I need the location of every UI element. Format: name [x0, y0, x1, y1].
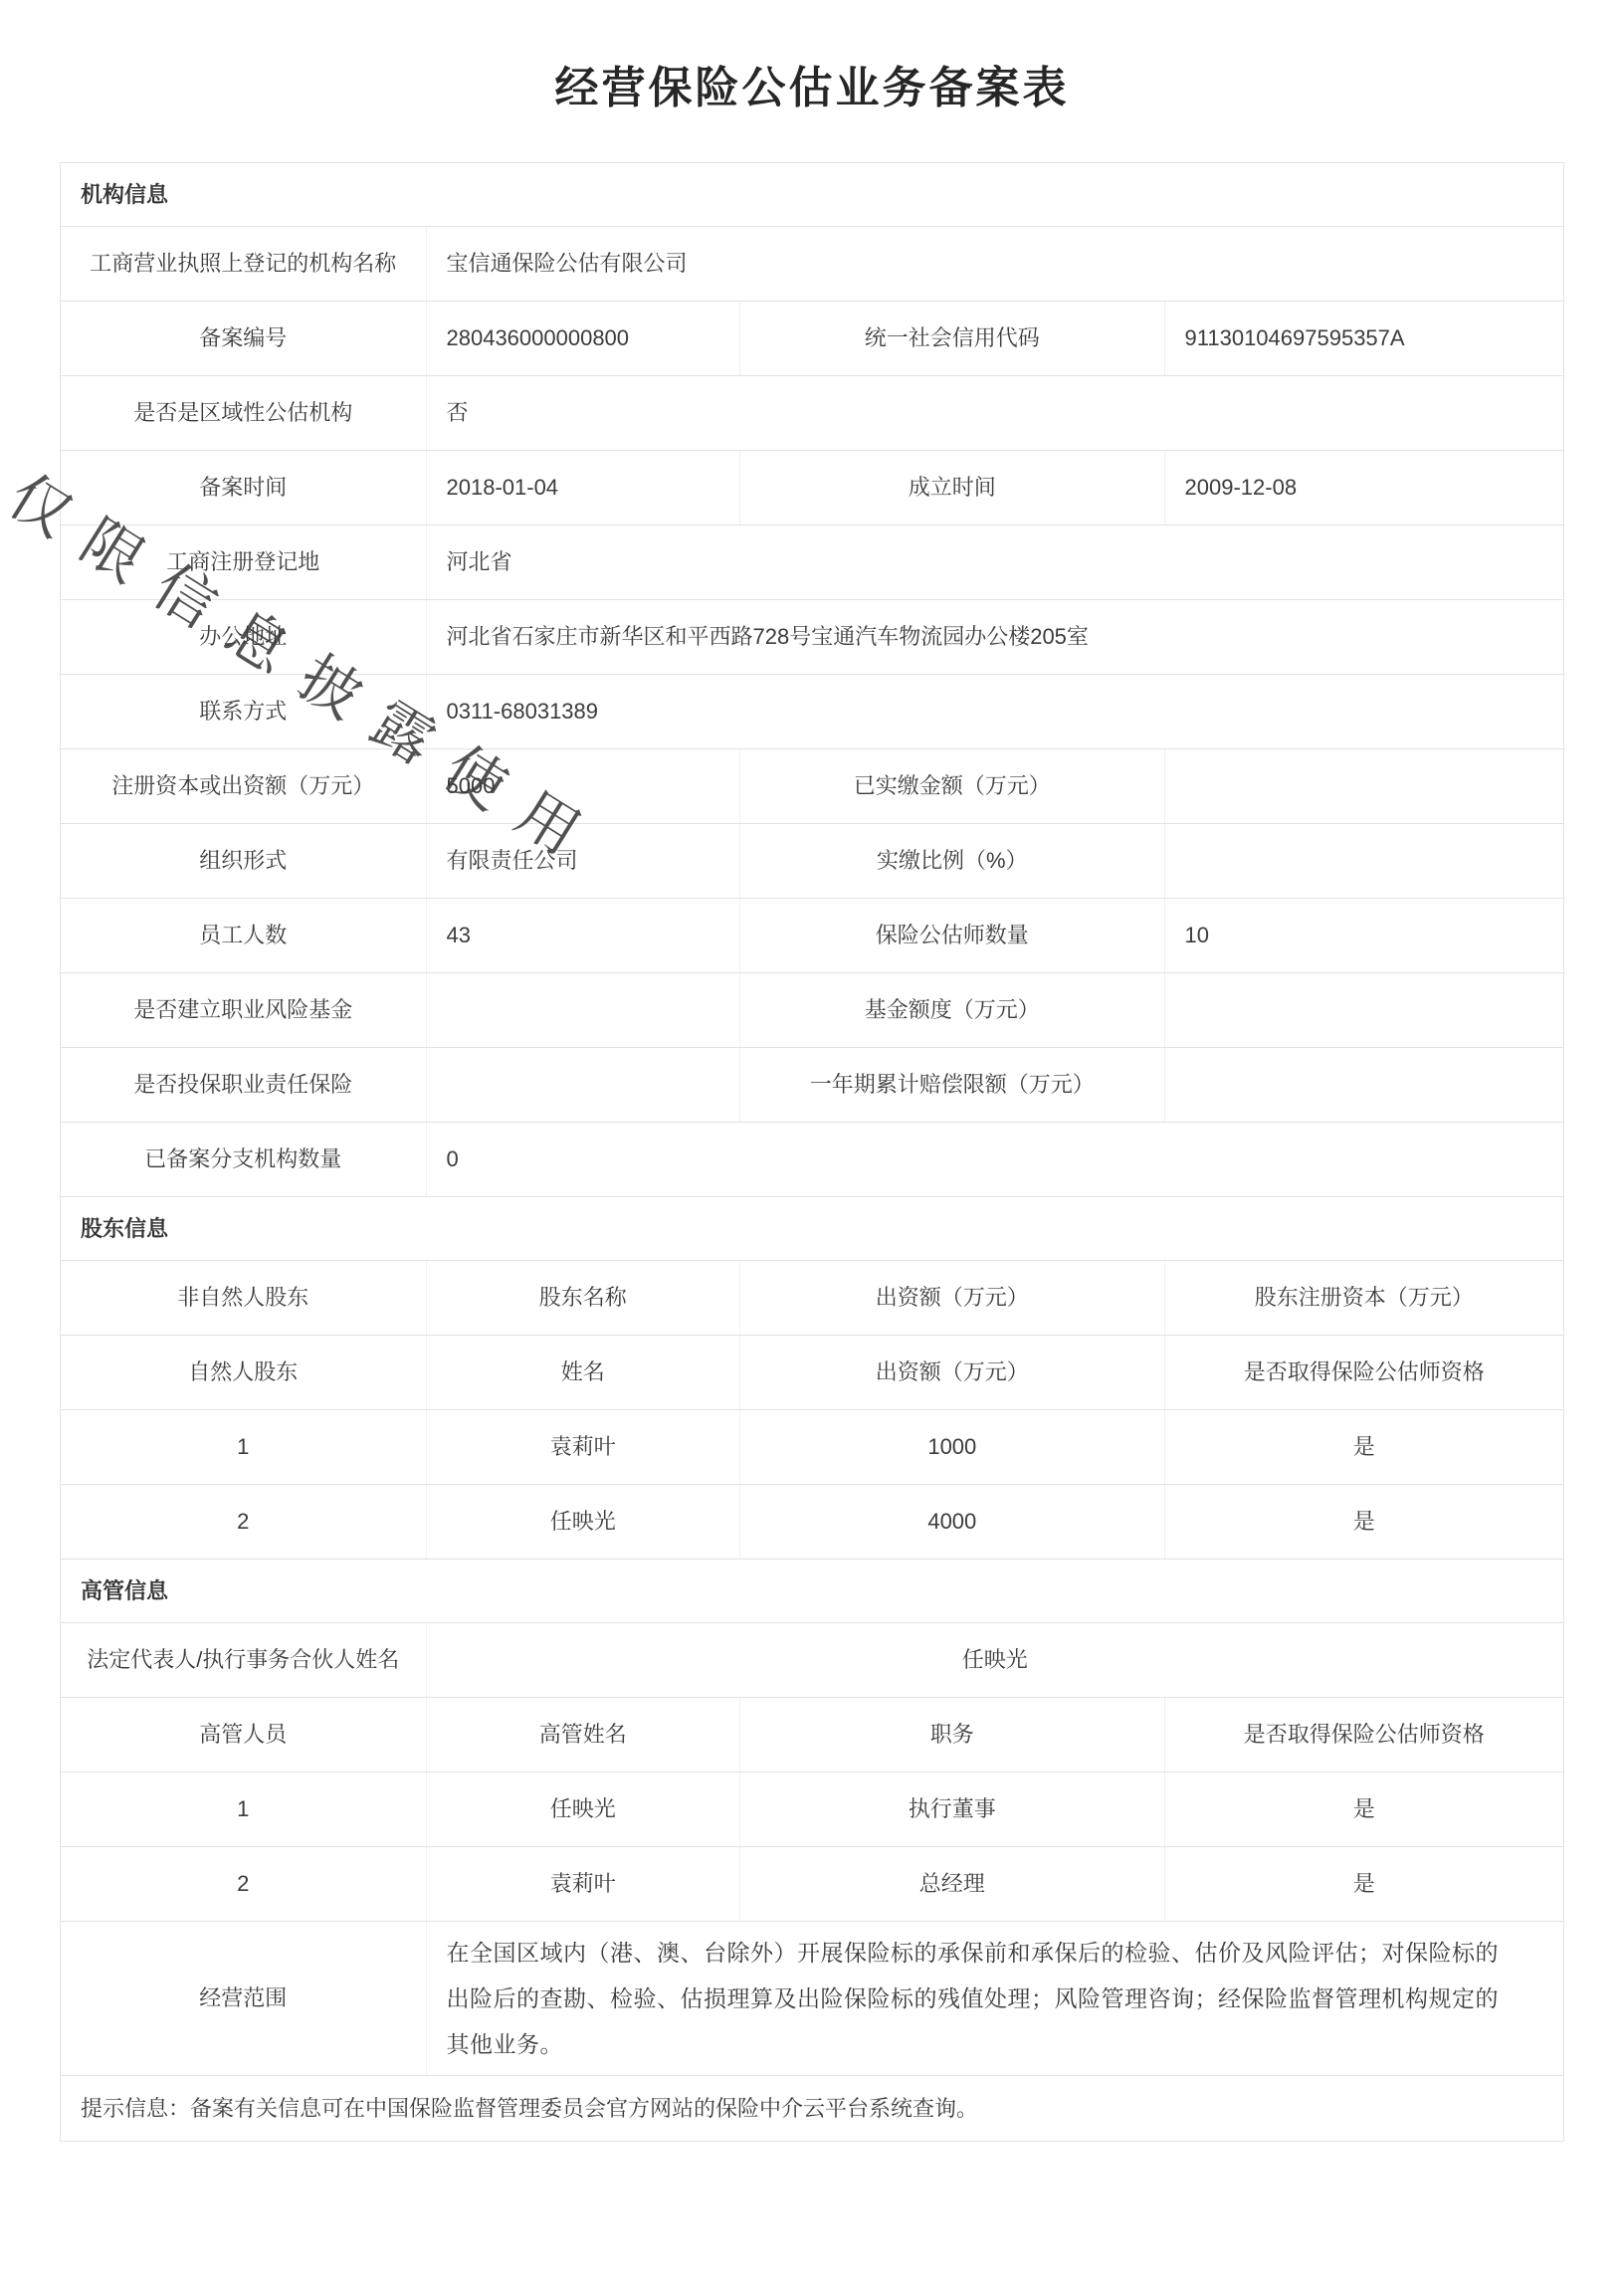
contact-value: 0311-68031389: [426, 675, 1564, 748]
assessors-value: 10: [1164, 899, 1563, 972]
office-address-value: 河北省石家庄市新华区和平西路728号宝通汽车物流园办公楼205室: [426, 600, 1564, 674]
shareholder-row: 1 袁莉叶 1000 是: [61, 1410, 1563, 1485]
legal-rep-value: 任映光: [426, 1623, 1564, 1697]
risk-fund-label: 是否建立职业风险基金: [61, 973, 426, 1047]
established-label: 成立时间: [739, 451, 1163, 524]
shareholder-qualified: 是: [1164, 1410, 1563, 1484]
shareholder-contribution: 1000: [739, 1410, 1163, 1484]
paid-amount-value: [1164, 749, 1563, 823]
regional-label: 是否是区域性公估机构: [61, 376, 426, 450]
filing-no-label: 备案编号: [61, 302, 426, 375]
filing-form-table: 机构信息 工商营业执照上登记的机构名称 宝信通保险公估有限公司 备案编号 280…: [60, 162, 1564, 2142]
row-notice: 提示信息：备案有关信息可在中国保险监督管理委员会官方网站的保险中介云平台系统查询…: [61, 2076, 1563, 2142]
row-contact: 联系方式 0311-68031389: [61, 675, 1563, 749]
shareholder-name: 袁莉叶: [426, 1410, 740, 1484]
row-business-scope: 经营范围 在全国区域内（港、澳、台除外）开展保险标的承保前和承保后的检验、估价及…: [61, 1922, 1563, 2076]
person-contribution-col: 出资额（万元）: [739, 1336, 1163, 1409]
org-form-label: 组织形式: [61, 824, 426, 898]
section-executives-title: 高管信息: [61, 1560, 1563, 1622]
row-org-name: 工商营业执照上登记的机构名称 宝信通保险公估有限公司: [61, 227, 1563, 302]
row-capital-paid: 注册资本或出资额（万元） 5000 已实缴金额（万元）: [61, 749, 1563, 824]
employees-label: 员工人数: [61, 899, 426, 972]
reg-place-label: 工商注册登记地: [61, 525, 426, 599]
fund-quota-label: 基金额度（万元）: [739, 973, 1163, 1047]
risk-fund-value: [426, 973, 740, 1047]
org-form-value: 有限责任公司: [426, 824, 740, 898]
shareholder-qualified: 是: [1164, 1485, 1563, 1559]
page-title: 经营保险公估业务备案表: [0, 0, 1624, 115]
executive-index: 2: [61, 1847, 426, 1921]
shareholder-index: 1: [61, 1410, 426, 1484]
paid-ratio-value: [1164, 824, 1563, 898]
section-org-info: 机构信息: [61, 163, 1563, 227]
executive-position-col: 职务: [739, 1698, 1163, 1772]
legal-rep-label: 法定代表人/执行事务合伙人姓名: [61, 1623, 426, 1697]
branches-value: 0: [426, 1123, 1564, 1196]
row-branches: 已备案分支机构数量 0: [61, 1123, 1563, 1197]
fund-quota-value: [1164, 973, 1563, 1047]
filing-date-label: 备案时间: [61, 451, 426, 524]
row-regional: 是否是区域性公估机构 否: [61, 376, 1563, 451]
section-shareholders: 股东信息: [61, 1197, 1563, 1261]
executive-qualified-col: 是否取得保险公估师资格: [1164, 1698, 1563, 1772]
section-shareholders-title: 股东信息: [61, 1197, 1563, 1260]
shareholder-capital-col: 股东注册资本（万元）: [1164, 1261, 1563, 1335]
row-reg-place: 工商注册登记地 河北省: [61, 525, 1563, 600]
employees-value: 43: [426, 899, 740, 972]
liability-value: [426, 1048, 740, 1122]
shareholder-name-col: 股东名称: [426, 1261, 740, 1335]
scanned-filing-form-page: 经营保险公估业务备案表 仅限信息披露使用 机构信息 工商营业执照上登记的机构名称…: [0, 0, 1624, 2293]
executive-row: 1 任映光 执行董事 是: [61, 1772, 1563, 1847]
org-name-value: 宝信通保险公估有限公司: [426, 227, 1564, 301]
annual-limit-label: 一年期累计赔偿限额（万元）: [739, 1048, 1163, 1122]
executive-index-col: 高管人员: [61, 1698, 426, 1772]
shareholder-contribution: 4000: [739, 1485, 1163, 1559]
credit-code-label: 统一社会信用代码: [739, 302, 1163, 375]
assessor-qualified-col: 是否取得保险公估师资格: [1164, 1336, 1563, 1409]
reg-capital-label: 注册资本或出资额（万元）: [61, 749, 426, 823]
shareholder-name: 任映光: [426, 1485, 740, 1559]
org-name-label: 工商营业执照上登记的机构名称: [61, 227, 426, 301]
executive-index: 1: [61, 1772, 426, 1846]
person-shareholder-col: 自然人股东: [61, 1336, 426, 1409]
section-executives: 高管信息: [61, 1560, 1563, 1623]
row-legal-rep: 法定代表人/执行事务合伙人姓名 任映光: [61, 1623, 1563, 1698]
notice-text: 提示信息：备案有关信息可在中国保险监督管理委员会官方网站的保险中介云平台系统查询…: [61, 2076, 1563, 2141]
row-liability-insurance: 是否投保职业责任保险 一年期累计赔偿限额（万元）: [61, 1048, 1563, 1123]
paid-amount-label: 已实缴金额（万元）: [739, 749, 1163, 823]
shareholder-person-header-row: 自然人股东 姓名 出资额（万元） 是否取得保险公估师资格: [61, 1336, 1563, 1410]
executive-name: 任映光: [426, 1772, 740, 1846]
filing-date-value: 2018-01-04: [426, 451, 740, 524]
office-address-label: 办公地址: [61, 600, 426, 674]
filing-no-value: 280436000000800: [426, 302, 740, 375]
row-filing-date-established: 备案时间 2018-01-04 成立时间 2009-12-08: [61, 451, 1563, 525]
business-scope-value: 在全国区域内（港、澳、台除外）开展保险标的承保前和承保后的检验、估价及风险评估；…: [426, 1922, 1545, 2075]
credit-code-value: 91130104697595357A: [1164, 302, 1563, 375]
reg-place-value: 河北省: [426, 525, 1564, 599]
shareholder-row: 2 任映光 4000 是: [61, 1485, 1563, 1560]
row-form-ratio: 组织形式 有限责任公司 实缴比例（%）: [61, 824, 1563, 899]
paid-ratio-label: 实缴比例（%）: [739, 824, 1163, 898]
executive-qualified: 是: [1164, 1847, 1563, 1921]
established-value: 2009-12-08: [1164, 451, 1563, 524]
row-filing-no-credit-code: 备案编号 280436000000800 统一社会信用代码 9113010469…: [61, 302, 1563, 376]
person-name-col: 姓名: [426, 1336, 740, 1409]
section-org-info-title: 机构信息: [61, 163, 1563, 226]
liability-label: 是否投保职业责任保险: [61, 1048, 426, 1122]
executive-position: 执行董事: [739, 1772, 1163, 1846]
executive-qualified: 是: [1164, 1772, 1563, 1846]
annual-limit-value: [1164, 1048, 1563, 1122]
executive-name: 袁莉叶: [426, 1847, 740, 1921]
executive-name-col: 高管姓名: [426, 1698, 740, 1772]
reg-capital-value: 5000: [426, 749, 740, 823]
executive-row: 2 袁莉叶 总经理 是: [61, 1847, 1563, 1922]
contact-label: 联系方式: [61, 675, 426, 748]
executive-position: 总经理: [739, 1847, 1163, 1921]
corp-shareholder-col: 非自然人股东: [61, 1261, 426, 1335]
business-scope-label: 经营范围: [61, 1922, 426, 2075]
row-office-address: 办公地址 河北省石家庄市新华区和平西路728号宝通汽车物流园办公楼205室: [61, 600, 1563, 675]
contribution-col: 出资额（万元）: [739, 1261, 1163, 1335]
branches-label: 已备案分支机构数量: [61, 1123, 426, 1196]
assessors-label: 保险公估师数量: [739, 899, 1163, 972]
shareholder-corp-header-row: 非自然人股东 股东名称 出资额（万元） 股东注册资本（万元）: [61, 1261, 1563, 1336]
row-risk-fund: 是否建立职业风险基金 基金额度（万元）: [61, 973, 1563, 1048]
shareholder-index: 2: [61, 1485, 426, 1559]
executive-header-row: 高管人员 高管姓名 职务 是否取得保险公估师资格: [61, 1698, 1563, 1772]
row-employees-assessors: 员工人数 43 保险公估师数量 10: [61, 899, 1563, 973]
regional-value: 否: [426, 376, 1564, 450]
